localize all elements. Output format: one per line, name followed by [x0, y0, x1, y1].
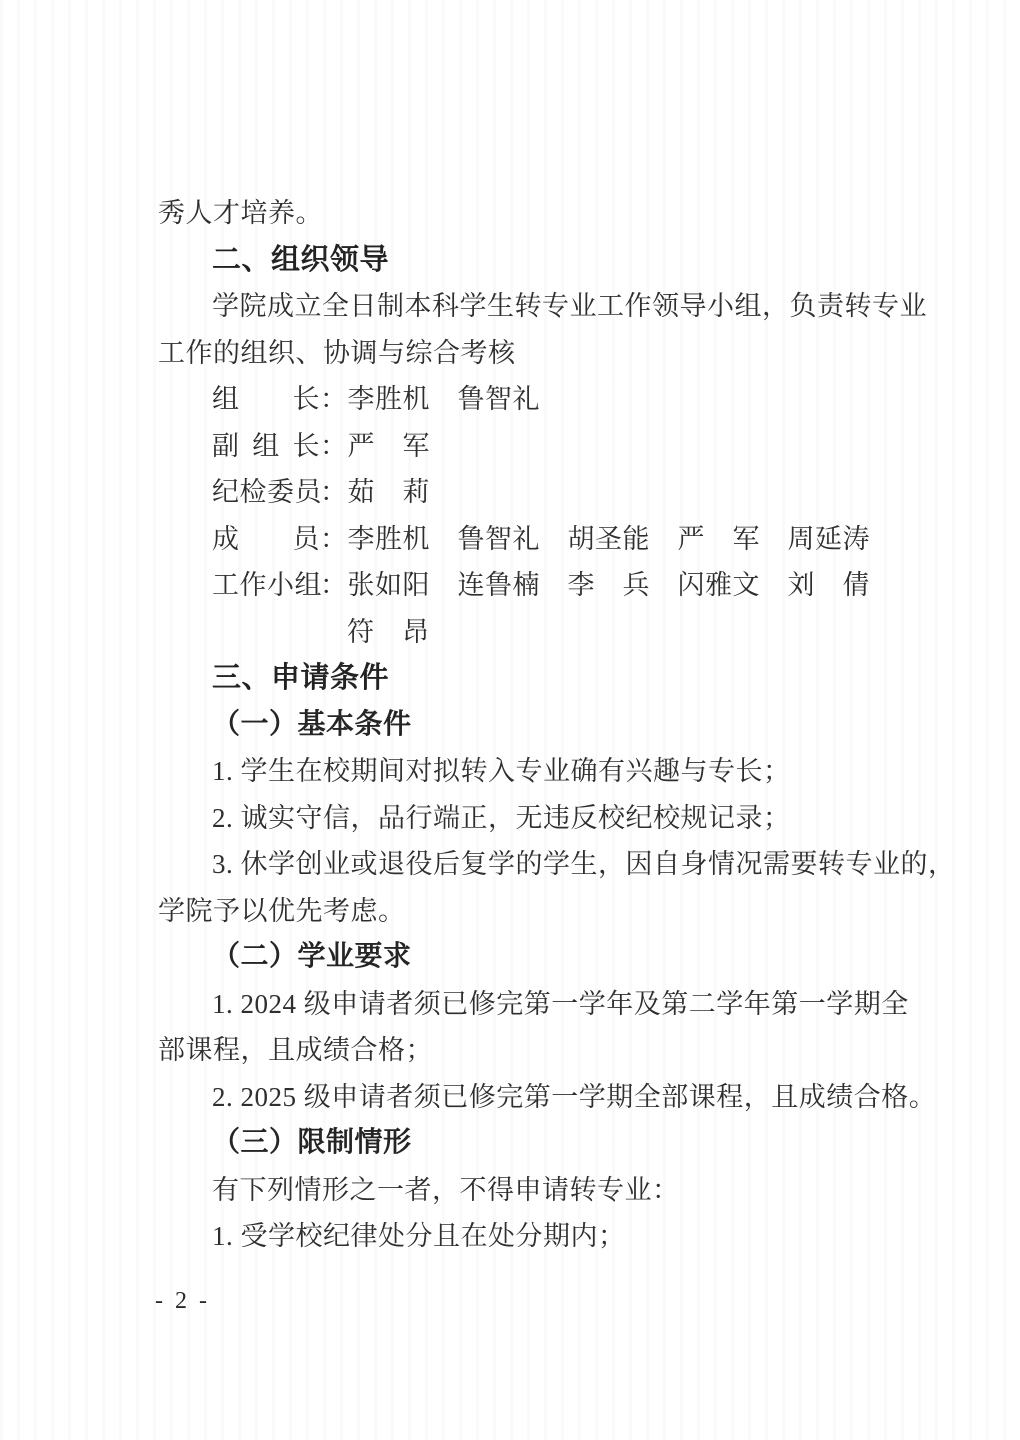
- academic-requirement-item-1-line-1: 1. 2024 级申请者须已修完第一学年及第二学年第一学期全: [158, 981, 908, 1028]
- role-line-deputy-leader: 副组长：严 军: [158, 423, 908, 470]
- role-names-members: 李胜机 鲁智礼 胡圣能 严 军 周延涛: [348, 524, 871, 554]
- role-line-working-group: 工作小组：张如阳 连鲁楠 李 兵 闪雅文 刘 倩: [158, 562, 908, 609]
- role-names-deputy-leader: 严 军: [348, 431, 431, 461]
- document-page: 秀人才培养。 二、组织领导 学院成立全日制本科学生转专业工作领导小组，负责转专业…: [0, 0, 1020, 1440]
- restriction-item-1: 1. 受学校纪律处分且在处分期内；: [158, 1213, 908, 1260]
- role-label-discipline-member: 纪检委员: [212, 469, 320, 516]
- page-number: - 2 -: [155, 1288, 210, 1315]
- role-line-members: 成员：李胜机 鲁智礼 胡圣能 严 军 周延涛: [158, 516, 908, 563]
- role-label-members: 成员: [212, 516, 320, 563]
- basic-condition-item-3-line-2: 学院予以优先考虑。: [158, 888, 908, 935]
- basic-condition-item-2: 2. 诚实守信，品行端正，无违反校纪校规记录；: [158, 795, 908, 842]
- section-3-heading: 三、申请条件: [158, 655, 908, 702]
- role-colon: ：: [320, 431, 348, 461]
- role-names-working-group: 张如阳 连鲁楠 李 兵 闪雅文 刘 倩: [348, 570, 871, 600]
- subsection-basic-conditions-heading: （一）基本条件: [158, 702, 908, 749]
- restrictions-intro: 有下列情形之一者，不得申请转专业：: [158, 1167, 908, 1214]
- section-2-intro-line-1: 学院成立全日制本科学生转专业工作领导小组，负责转专业: [158, 283, 908, 330]
- role-label-group-leader: 组长: [212, 376, 320, 423]
- basic-condition-item-3-line-1: 3. 休学创业或退役后复学的学生，因自身情况需要转专业的，: [158, 841, 908, 888]
- role-names-group-leader: 李胜机 鲁智礼: [348, 384, 541, 414]
- academic-requirement-item-1-line-2: 部课程，且成绩合格；: [158, 1027, 908, 1074]
- academic-requirement-item-2: 2. 2025 级申请者须已修完第一学期全部课程，且成绩合格。: [158, 1074, 908, 1121]
- document-body: 秀人才培养。 二、组织领导 学院成立全日制本科学生转专业工作领导小组，负责转专业…: [158, 190, 908, 1260]
- role-line-group-leader: 组长：李胜机 鲁智礼: [158, 376, 908, 423]
- role-colon: ：: [320, 524, 348, 554]
- section-2-heading: 二、组织领导: [158, 237, 908, 284]
- role-colon: ：: [320, 570, 348, 600]
- role-names-discipline-member: 茹 莉: [348, 477, 431, 507]
- subsection-restrictions-heading: （三）限制情形: [158, 1120, 908, 1167]
- role-line-discipline-member: 纪检委员：茹 莉: [158, 469, 908, 516]
- basic-condition-item-1: 1. 学生在校期间对拟转入专业确有兴趣与专长；: [158, 748, 908, 795]
- role-label-deputy-leader: 副组长: [212, 423, 320, 470]
- subsection-academic-requirements-heading: （二）学业要求: [158, 934, 908, 981]
- carryover-paragraph-end: 秀人才培养。: [158, 190, 908, 237]
- role-names-continuation: 符 昂: [158, 609, 908, 656]
- section-2-intro-line-2: 工作的组织、协调与综合考核: [158, 330, 908, 377]
- role-colon: ：: [320, 477, 348, 507]
- role-colon: ：: [320, 384, 348, 414]
- role-label-working-group: 工作小组: [212, 562, 320, 609]
